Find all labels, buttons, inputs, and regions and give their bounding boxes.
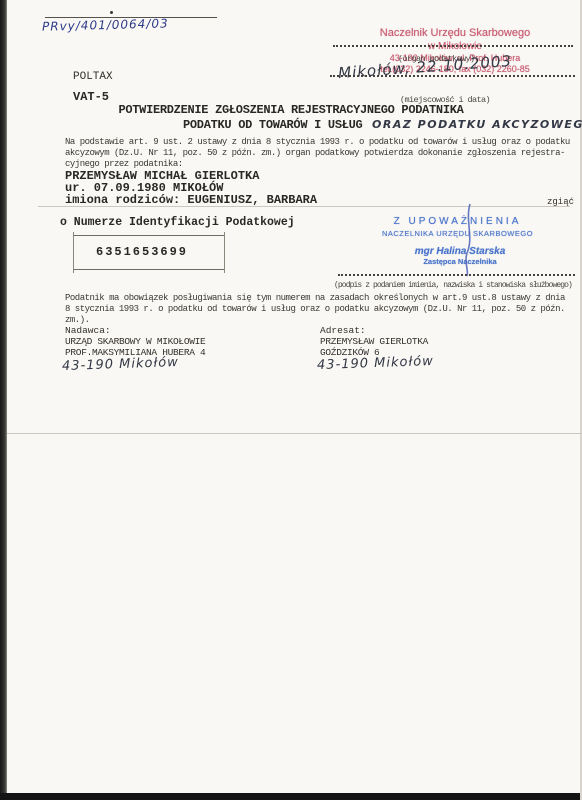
nip-value: 6351653699 xyxy=(96,236,188,269)
scan-edge-left xyxy=(0,0,7,800)
fold-line-upper xyxy=(38,206,570,207)
legal1-line3: cyjnego przez podatnika: xyxy=(65,159,183,169)
legal2-line3: zm.). xyxy=(65,315,90,325)
form-code: VAT-5 xyxy=(73,90,109,104)
legal2-line2: 8 stycznia 1993 r. o podatku od towarów … xyxy=(65,304,565,314)
scan-edge-bottom xyxy=(0,793,582,800)
sender-label: Nadawca: xyxy=(65,325,111,336)
taxpayer-parents: imiona rodziców: EUGENIUSZ, BARBARA xyxy=(65,193,317,207)
handwritten-ref-number: PRvy/401/0064/03 xyxy=(42,16,169,33)
signature-dotted-line xyxy=(338,274,575,276)
poltax-label: POLTAX xyxy=(73,71,113,83)
addressee-line1: PRZEMYSŁAW GIERLOTKA xyxy=(320,336,428,347)
signature-caption: (podpis z podaniem imienia, nazwiska i s… xyxy=(334,281,572,290)
legal2-line1: Podatnik ma obowiązek posługiwania się t… xyxy=(65,293,565,303)
addressee-handwritten-city: 43-190 Mikołów xyxy=(317,354,434,373)
nip-box: 6351653699 xyxy=(73,235,225,270)
scanned-document-page: PRvy/401/0064/03 Naczelnik Urzędu Skarbo… xyxy=(0,0,582,800)
addressee-label: Adresat: xyxy=(320,325,366,336)
nip-section-label: o Numerze Identyfikacji Podatkowej xyxy=(60,216,295,229)
sender-line1: URZĄD SKARBOWY W MIKOŁOWIE xyxy=(65,336,205,347)
document-title-line2: PODATKU OD TOWARÓW I USŁUG xyxy=(183,118,362,132)
handwritten-title-suffix: ORAZ PODATKU AKCYZOWEGO xyxy=(372,118,582,131)
organ-dotted-line-1 xyxy=(333,45,573,47)
fold-line-lower xyxy=(7,433,582,434)
ref-dot xyxy=(110,11,113,14)
fold-label: zgiąć xyxy=(547,197,574,207)
legal1-line2: akcyzowym (Dz.U. Nr 11, poz. 50 z późn. … xyxy=(65,148,565,158)
sender-handwritten-city: 43-190 Mikołów xyxy=(62,355,179,374)
legal1-line1: Na podstawie art. 9 ust. 2 ustawy z dnia… xyxy=(65,137,570,147)
office-stamp-line1: Naczelnik Urzędu Skarbowego xyxy=(345,27,565,39)
signature-stroke-icon xyxy=(458,203,480,277)
